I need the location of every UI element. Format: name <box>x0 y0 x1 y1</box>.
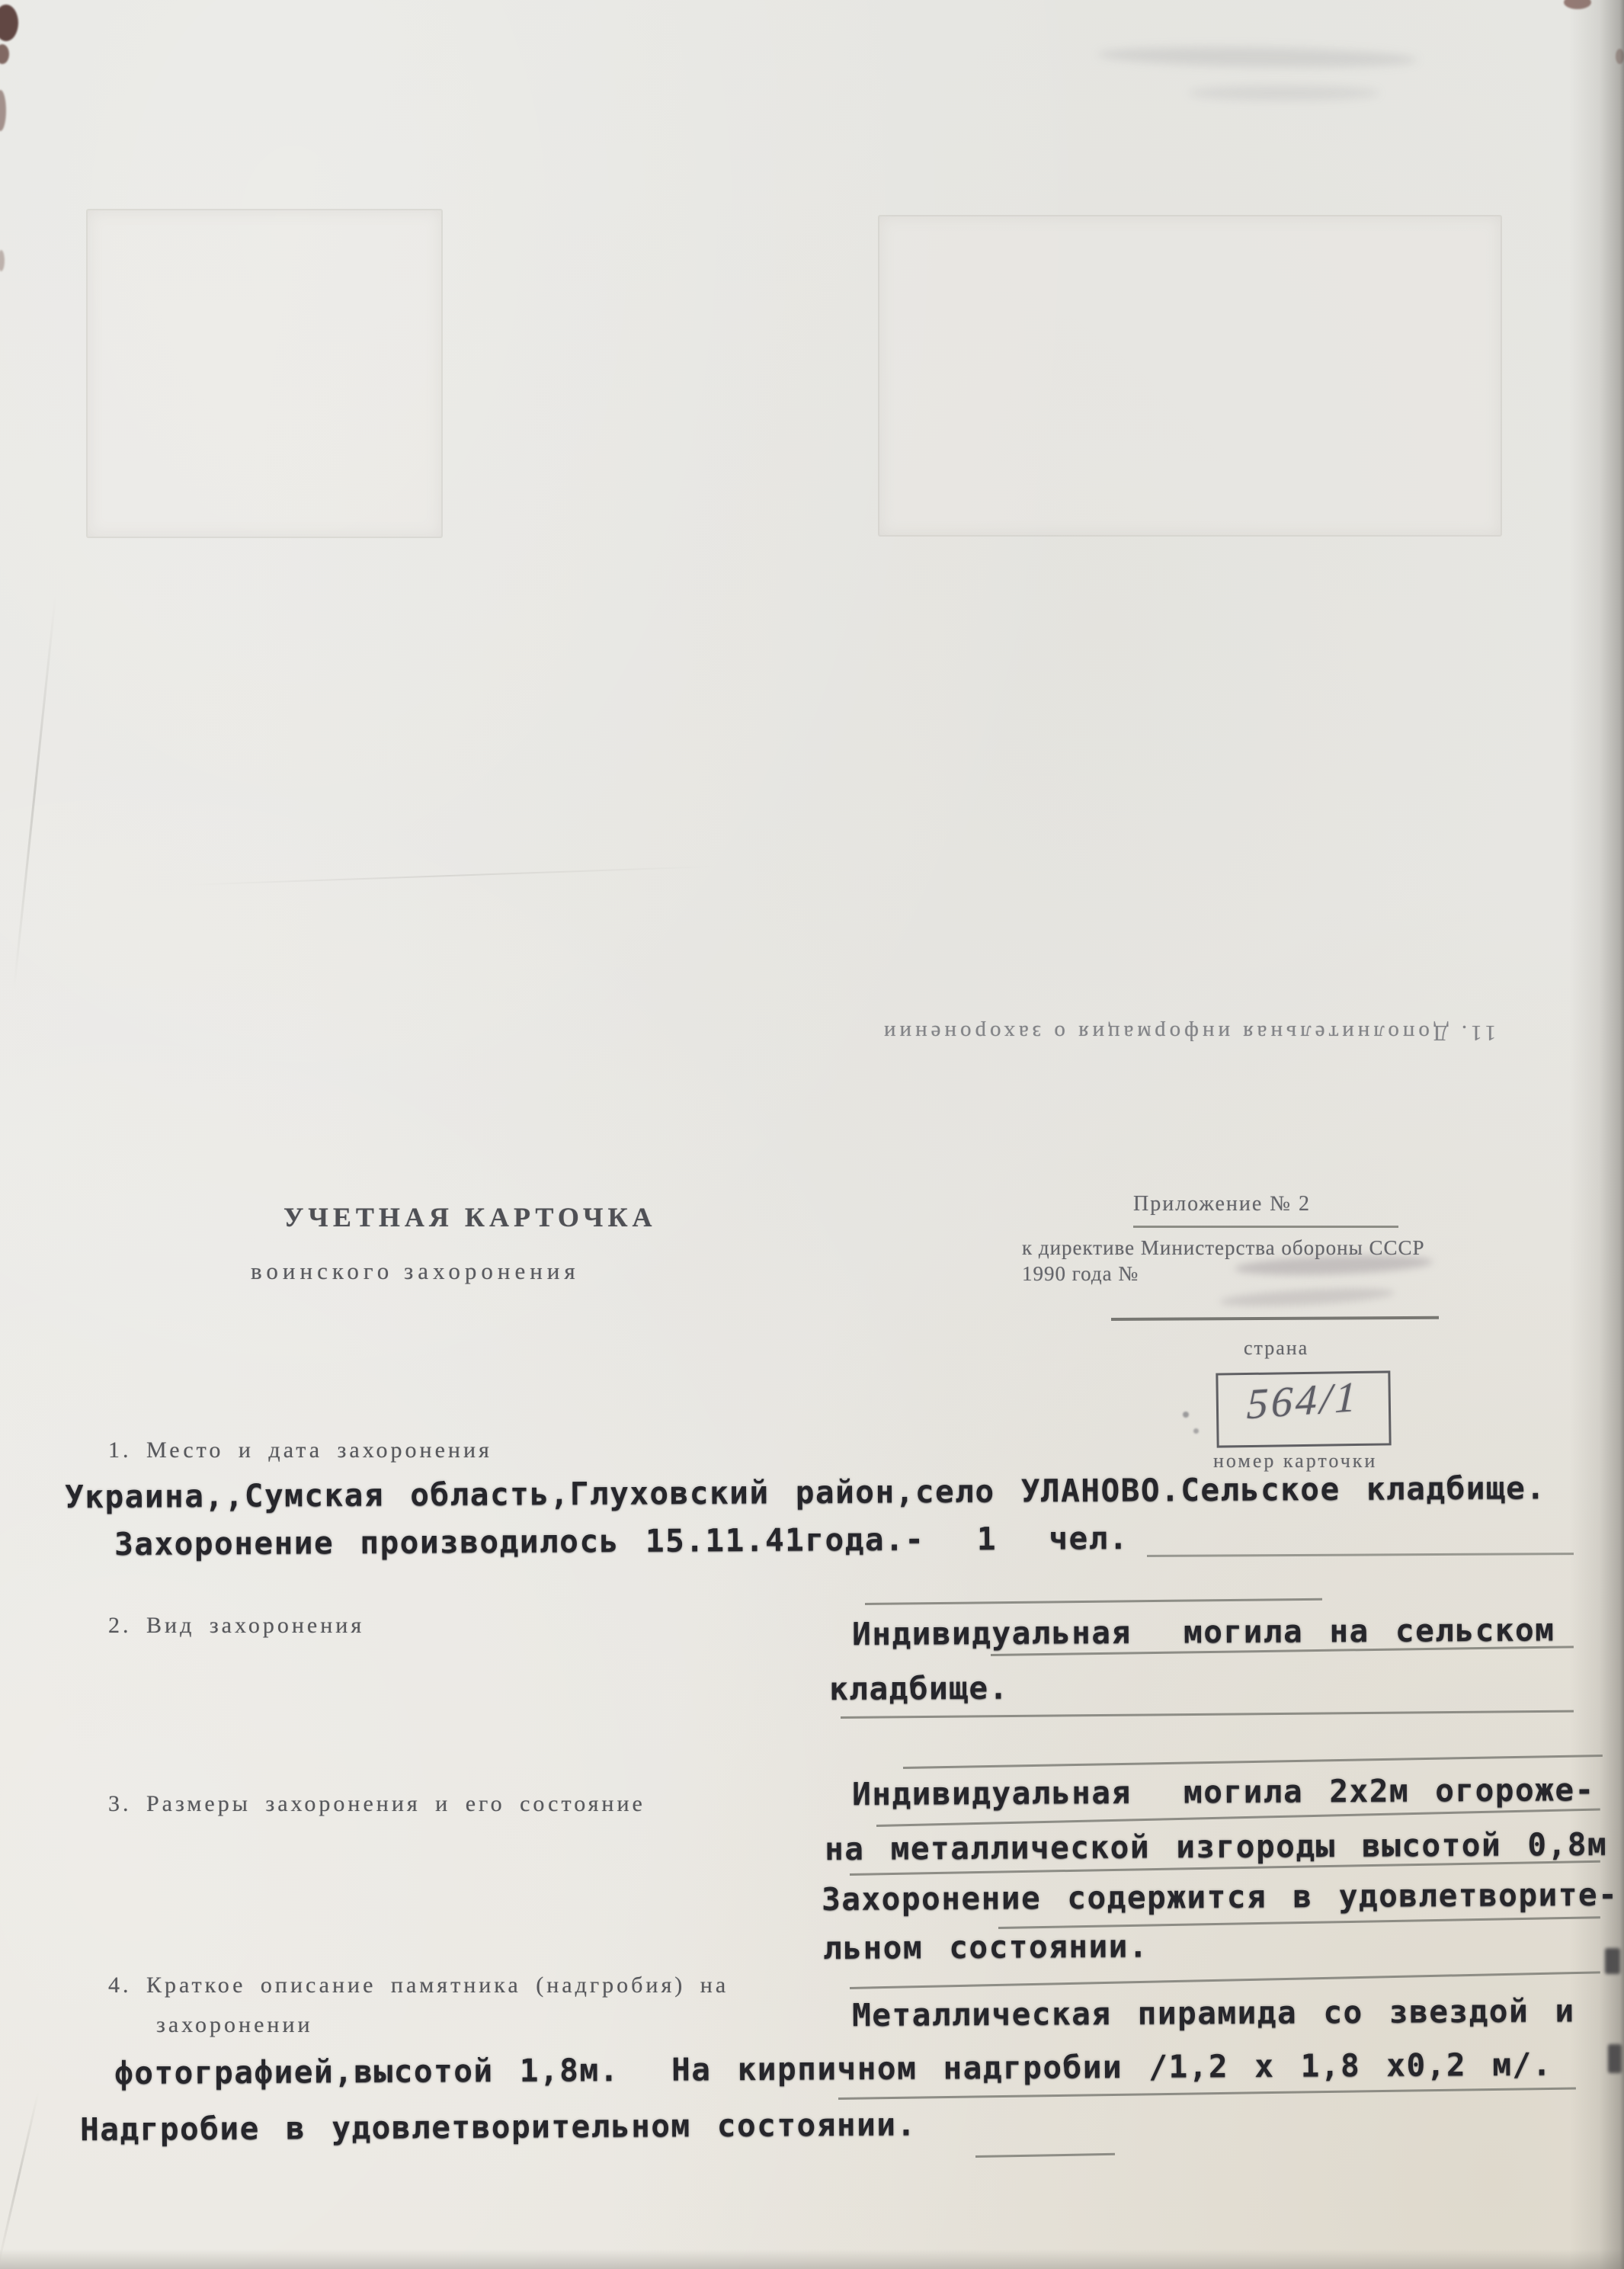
section-4-answer-line-1: Металлическая пирамида со звездой и <box>852 1992 1575 2033</box>
card-subtitle: воинского захоронения <box>251 1258 580 1285</box>
faint-stamp-smudge-2 <box>1219 1285 1395 1309</box>
scanned-card-page: 11. Дополнительная информация о захороне… <box>0 0 1624 2269</box>
appendix-line-1: Приложение № 2 <box>1133 1192 1311 1216</box>
edge-stain-2 <box>0 44 9 64</box>
form-rule <box>903 1755 1603 1769</box>
photo-impression-left <box>86 209 443 538</box>
country-label: страна <box>1244 1337 1308 1360</box>
section-1-answer-line-1: Украина,,Сумская область,Глуховский райо… <box>65 1469 1546 1515</box>
card-title: УЧЕТНАЯ КАРТОЧКА <box>283 1201 657 1233</box>
edge-stain-3 <box>0 90 6 131</box>
bottom-edge-shadow <box>0 2249 1624 2269</box>
section-2-label: 2. Вид захоронения <box>108 1613 364 1639</box>
edge-stain-1 <box>0 5 18 41</box>
paper-crease-left <box>13 595 56 989</box>
section-1-label: 1. Место и дата захоронения <box>108 1437 492 1463</box>
edge-stain-4 <box>0 250 5 271</box>
card-number-caption: номер карточки <box>1213 1450 1377 1473</box>
section-4-answer-line-2: фотографией,высотой 1,8м. На кирпичном н… <box>114 2046 1552 2091</box>
appendix-underline <box>1133 1226 1398 1228</box>
form-rule <box>998 1916 1600 1929</box>
section-3-label: 3. Размеры захоронения и его состояние <box>108 1791 645 1817</box>
section-2-answer-line-1: Индивидуальная могила на сельском <box>852 1611 1555 1652</box>
form-rule <box>841 1710 1574 1719</box>
form-rule <box>865 1598 1322 1605</box>
form-rule <box>975 2153 1115 2158</box>
rotated-carryover-note: 11. Дополнительная информация о захороне… <box>880 1020 1496 1045</box>
photo-impression-right <box>878 215 1502 537</box>
section-3-answer-line-4: льном состоянии. <box>823 1928 1148 1966</box>
paper-crease-middle <box>183 866 716 886</box>
ghost-writing-smudge-2 <box>1189 85 1379 101</box>
ink-dot-1 <box>1183 1412 1189 1418</box>
section-1-answer-line-2: Захоронение производилось 15.11.41года.-… <box>114 1520 1129 1562</box>
paper-crease-bottom-left <box>0 2091 40 2269</box>
section-3-answer-line-3: Захоронение содержится в удовлетворите- <box>822 1876 1618 1918</box>
right-edge-shadow <box>1569 0 1624 2269</box>
appendix-line-3: 1990 года № <box>1022 1262 1139 1286</box>
section-4-label-cont: захоронении <box>156 2012 313 2038</box>
ink-dot-2 <box>1193 1428 1199 1434</box>
card-number-value: 564/1 <box>1246 1373 1360 1430</box>
header-rule <box>1111 1316 1439 1321</box>
ghost-writing-smudge-1 <box>1097 44 1417 69</box>
form-rule <box>838 2087 1576 2100</box>
section-4-label: 4. Краткое описание памятника (надгробия… <box>108 1973 729 1998</box>
section-2-answer-line-2: кладбище. <box>829 1670 1009 1707</box>
form-rule <box>850 1971 1600 1989</box>
section-4-answer-line-3: Надгробие в удовлетворительном состоянии… <box>80 2106 917 2148</box>
section-3-answer-line-2: на металлической изгороды высотой 0,8м <box>825 1826 1607 1867</box>
section-3-answer-line-1: Индивидуальная могила 2х2м огороже- <box>852 1771 1595 1812</box>
form-rule <box>1147 1553 1574 1557</box>
